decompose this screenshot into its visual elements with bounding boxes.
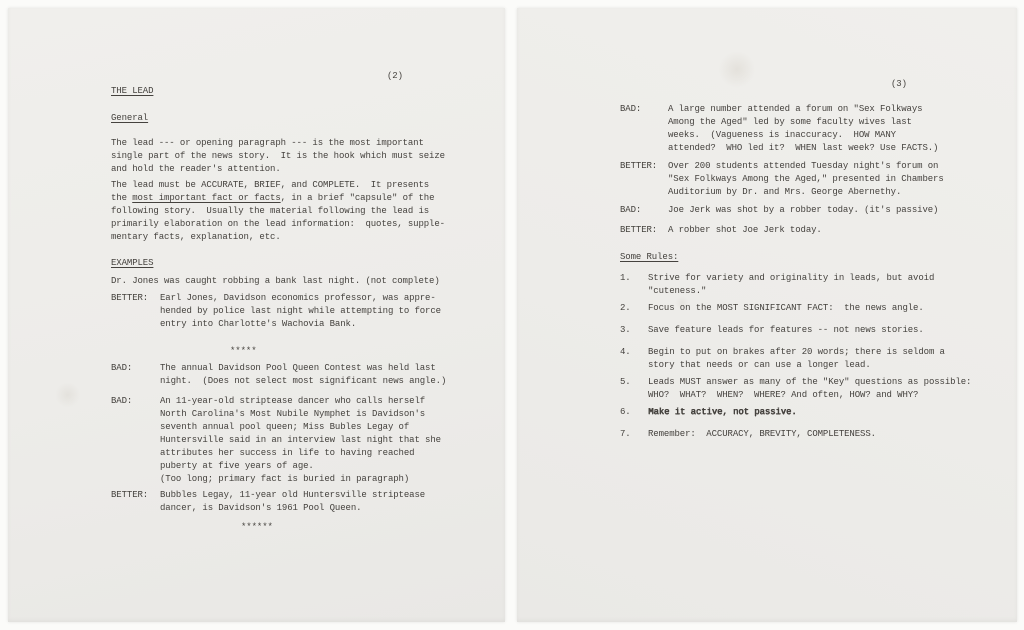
example-block: BETTER: A robber shot Joe Jerk today.	[620, 224, 1017, 237]
example-label: BAD:	[620, 204, 668, 217]
example-intro: Dr. Jones was caught robbing a bank last…	[111, 275, 471, 288]
example-text: Bubbles Legay, 11-year old Huntersville …	[160, 489, 502, 515]
example-block: BETTER: Earl Jones, Davidson economics p…	[111, 292, 505, 331]
page-3-content: BAD: A large number attended a forum on …	[517, 8, 1017, 441]
rule-text: Remember: ACCURACY, BREVITY, COMPLETENES…	[648, 428, 990, 441]
example-text: A robber shot Joe Jerk today.	[668, 224, 1010, 237]
example-block: BAD: An 11-year-old striptease dancer wh…	[111, 395, 505, 486]
scanned-page-3: (3) BAD: A large number attended a forum…	[517, 8, 1017, 622]
page-2-content: THE LEAD General The lead --- or opening…	[8, 8, 505, 534]
section-general-row: General	[111, 112, 505, 125]
example-text: The annual Davidson Pool Queen Contest w…	[160, 362, 502, 388]
rule-item: 2. Focus on the MOST SIGNIFICANT FACT: t…	[620, 302, 1017, 315]
section-heading-examples: EXAMPLES	[111, 257, 153, 270]
example-text: An 11-year-old striptease dancer who cal…	[160, 395, 502, 486]
example-text: Earl Jones, Davidson economics professor…	[160, 292, 502, 331]
example-label: BETTER:	[111, 489, 160, 515]
rule-item: 5. Leads MUST answer as many of the "Key…	[620, 376, 1017, 402]
document-title: THE LEAD	[111, 85, 153, 98]
section-heading-rules: Some Rules:	[620, 251, 678, 264]
example-label: BETTER:	[620, 160, 668, 199]
rule-text: Strive for variety and originality in le…	[648, 272, 990, 298]
document-title-row: THE LEAD	[111, 8, 505, 98]
example-text: Over 200 students attended Tuesday night…	[668, 160, 1010, 199]
rule-text: Make it active, not passive.	[648, 406, 990, 419]
rule-number: 6.	[620, 406, 648, 419]
section-rules-row: Some Rules:	[620, 251, 1017, 264]
rule-text: Leads MUST answer as many of the "Key" q…	[648, 376, 990, 402]
page-number: (3)	[891, 78, 907, 91]
section-examples-row: EXAMPLES	[111, 257, 505, 270]
rule-number: 2.	[620, 302, 648, 315]
example-label: BETTER:	[111, 292, 160, 331]
section-heading-general: General	[111, 112, 148, 125]
asterisk-separator: *****	[230, 345, 505, 358]
example-label: BAD:	[620, 103, 668, 155]
example-block: BETTER: Bubbles Legay, 11-year old Hunte…	[111, 489, 505, 515]
paragraph-lead-requirements: The lead must be ACCURATE, BRIEF, and CO…	[111, 179, 453, 244]
rule-item: 3. Save feature leads for features -- no…	[620, 324, 1017, 337]
page-number: (2)	[387, 70, 403, 83]
scanned-page-2: (2) THE LEAD General The lead --- or ope…	[8, 8, 505, 622]
example-text: Joe Jerk was shot by a robber today. (it…	[668, 204, 1010, 217]
rule-text: Begin to put on brakes after 20 words; t…	[648, 346, 990, 372]
rule-item: 1. Strive for variety and originality in…	[620, 272, 1017, 298]
example-block: BAD: Joe Jerk was shot by a robber today…	[620, 204, 1017, 217]
example-label: BETTER:	[620, 224, 668, 237]
rule-item: 6. Make it active, not passive.	[620, 406, 1017, 419]
example-text: A large number attended a forum on "Sex …	[668, 103, 1010, 155]
example-block: BETTER: Over 200 students attended Tuesd…	[620, 160, 1017, 199]
rule-text: Save feature leads for features -- not n…	[648, 324, 990, 337]
rule-number: 3.	[620, 324, 648, 337]
rule-text: Focus on the MOST SIGNIFICANT FACT: the …	[648, 302, 990, 315]
rule-number: 7.	[620, 428, 648, 441]
rule-number: 1.	[620, 272, 648, 298]
example-block: BAD: The annual Davidson Pool Queen Cont…	[111, 362, 505, 388]
example-label: BAD:	[111, 395, 160, 486]
rule-number: 4.	[620, 346, 648, 372]
paragraph-lead-definition: The lead --- or opening paragraph --- is…	[111, 137, 453, 176]
example-label: BAD:	[111, 362, 160, 388]
underlined-phrase: most important fact or facts	[132, 193, 280, 203]
example-block: BAD: A large number attended a forum on …	[620, 8, 1017, 155]
asterisk-separator: ******	[241, 521, 505, 534]
rule-item: 4. Begin to put on brakes after 20 words…	[620, 346, 1017, 372]
rule-number: 5.	[620, 376, 648, 402]
rule-item: 7. Remember: ACCURACY, BREVITY, COMPLETE…	[620, 428, 1017, 441]
